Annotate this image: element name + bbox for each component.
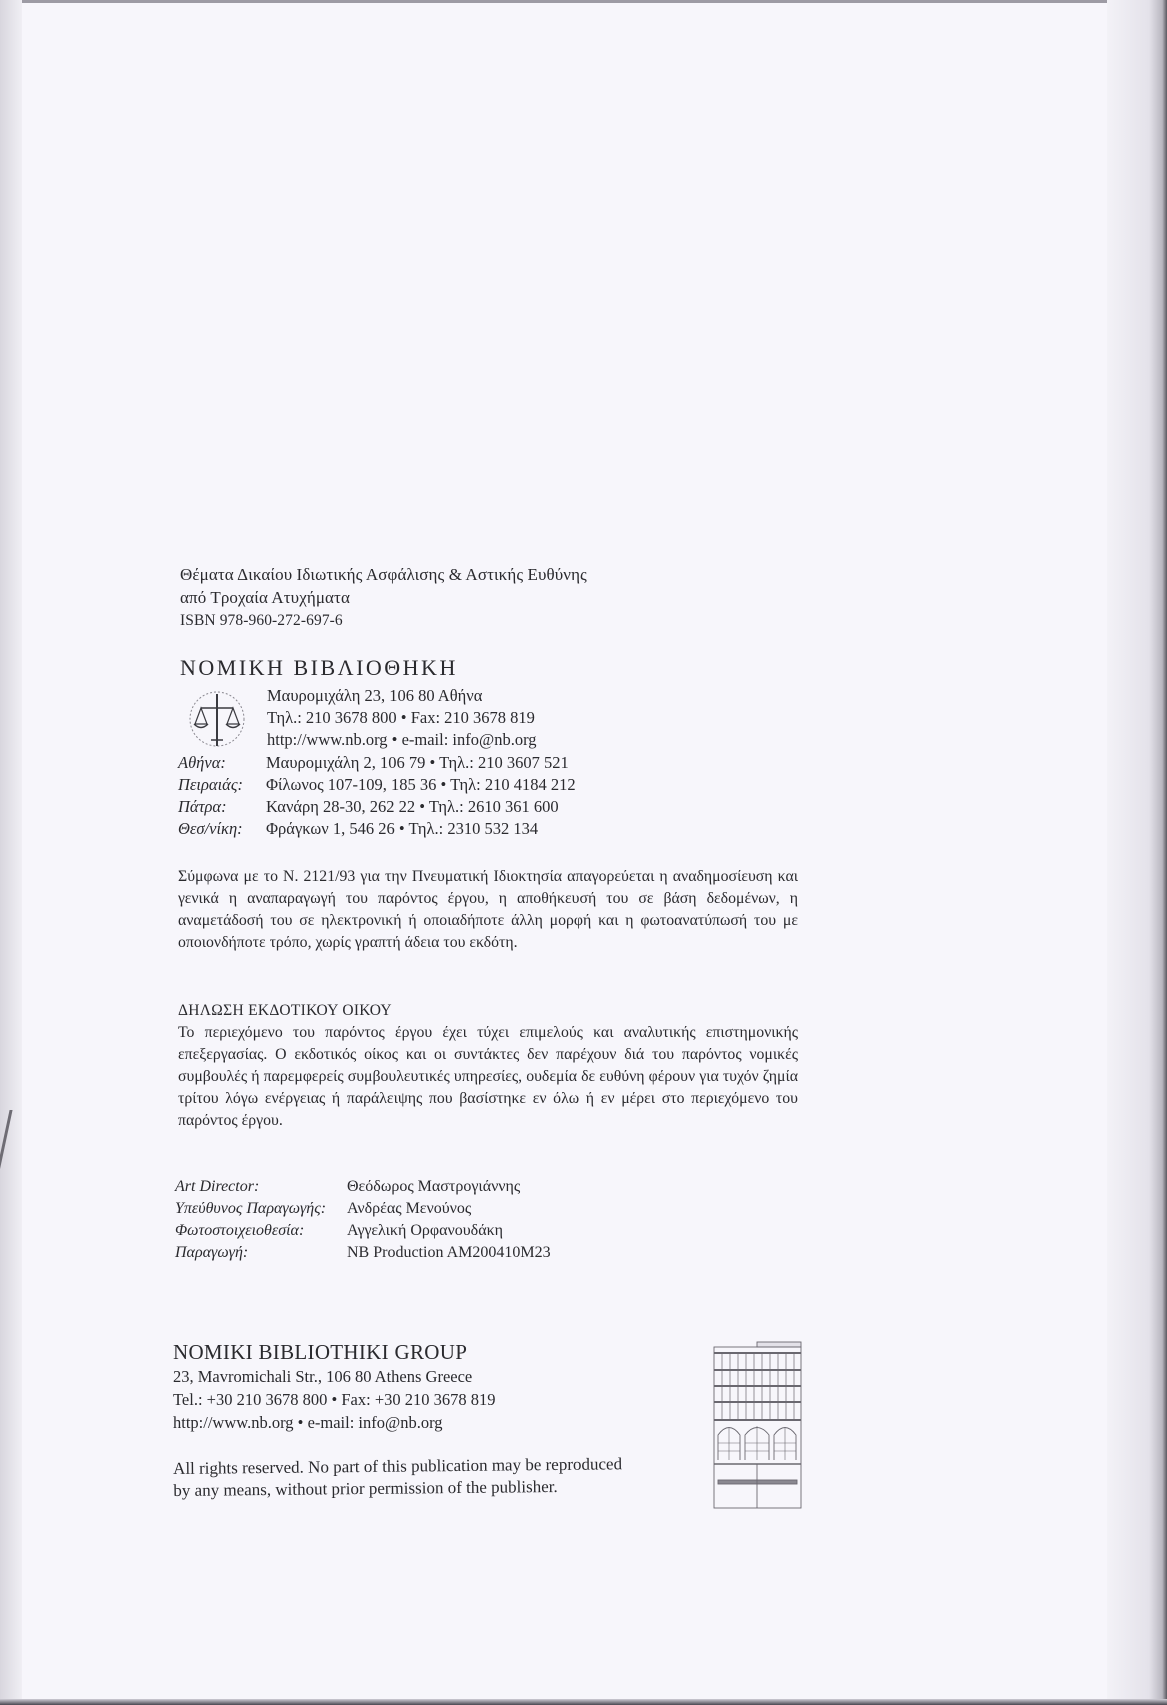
branch-label: Θεσ/νίκη:	[178, 818, 266, 840]
branch-patras: Πάτρα: Κανάρη 28-30, 262 22 • Τηλ.: 2610…	[178, 796, 576, 818]
publisher-web-email[interactable]: http://www.nb.org • e-mail: info@nb.org	[267, 729, 537, 751]
publisher-phone-fax: Τηλ.: 210 3678 800 • Fax: 210 3678 819	[267, 707, 537, 729]
publisher-address: Μαυρομιχάλη 23, 106 80 Αθήνα	[267, 685, 537, 707]
branch-piraeus: Πειραιάς: Φίλωνος 107-109, 185 36 • Τηλ:…	[178, 774, 576, 796]
credit-label: Υπεύθυνος Παραγωγής:	[175, 1198, 347, 1220]
credit-value: Αγγελική Ορφανουδάκη	[347, 1220, 503, 1242]
credit-value: Θεόδωρος Μαστρογιάννης	[347, 1176, 520, 1198]
scan-right-edge	[1107, 0, 1167, 1705]
credit-production-manager: Υπεύθυνος Παραγωγής: Ανδρέας Μενούνος	[175, 1198, 551, 1220]
branch-label: Πειραιάς:	[178, 774, 266, 796]
copyright-notice: Σύμφωνα με το Ν. 2121/93 για την Πνευματ…	[178, 866, 798, 954]
branch-value: Φίλωνος 107-109, 185 36 • Τηλ: 210 4184 …	[266, 774, 576, 796]
publisher-name: ΝΟΜΙΚΗ ΒΙΒΛΙΟΘΗΚΗ	[180, 655, 458, 681]
credits: Art Director: Θεόδωρος Μαστρογιάννης Υπε…	[175, 1176, 551, 1264]
group-web-email[interactable]: http://www.nb.org • e-mail: info@nb.org	[173, 1411, 496, 1434]
scan-left-shadow	[0, 0, 22, 1705]
branch-athens: Αθήνα: Μαυρομιχάλη 2, 106 79 • Τηλ.: 210…	[178, 752, 576, 774]
branch-value: Μαυρομιχάλη 2, 106 79 • Τηλ.: 210 3607 5…	[266, 752, 569, 774]
scan-bottom-edge	[0, 1699, 1167, 1705]
rights-statement: All rights reserved. No part of this pub…	[173, 1453, 622, 1502]
credit-label: Art Director:	[175, 1176, 347, 1198]
branch-label: Αθήνα:	[178, 752, 266, 774]
credit-label: Παραγωγή:	[175, 1242, 347, 1264]
declaration-text: Το περιεχόμενο του παρόντος έργου έχει τ…	[178, 1022, 798, 1132]
credit-label: Φωτοστοιχειοθεσία:	[175, 1220, 347, 1242]
credit-value: NB Production AM200410M23	[347, 1242, 551, 1264]
branch-value: Φράγκων 1, 546 26 • Τηλ.: 2310 532 134	[266, 818, 538, 840]
branch-label: Πάτρα:	[178, 796, 266, 818]
book-title-line2: από Τροχαία Ατυχήματα	[180, 586, 587, 609]
credit-production: Παραγωγή: NB Production AM200410M23	[175, 1242, 551, 1264]
isbn: ISBN 978-960-272-697-6	[180, 609, 587, 632]
book-title-line1: Θέματα Δικαίου Ιδιωτικής Ασφάλισης & Αστ…	[180, 563, 587, 586]
publisher-declaration: ΔΗΛΩΣΗ ΕΚΔΟΤΙΚΟΥ ΟΙΚΟΥ Το περιεχόμενο το…	[178, 1000, 798, 1132]
branch-list: Αθήνα: Μαυρομιχάλη 2, 106 79 • Τηλ.: 210…	[178, 752, 576, 840]
credit-typesetting: Φωτοστοιχειοθεσία: Αγγελική Ορφανουδάκη	[175, 1220, 551, 1242]
branch-value: Κανάρη 28-30, 262 22 • Τηλ.: 2610 361 60…	[266, 796, 559, 818]
rights-line2: by any means, without prior permission o…	[173, 1475, 622, 1502]
group-name: NOMIKI BIBLIOTHIKI GROUP	[173, 1339, 496, 1365]
group-info: NOMIKI BIBLIOTHIKI GROUP 23, Mavromichal…	[173, 1339, 496, 1434]
branch-thessaloniki: Θεσ/νίκη: Φράγκων 1, 546 26 • Τηλ.: 2310…	[178, 818, 576, 840]
group-phone-fax: Tel.: +30 210 3678 800 • Fax: +30 210 36…	[173, 1388, 496, 1411]
declaration-heading: ΔΗΛΩΣΗ ΕΚΔΟΤΙΚΟΥ ΟΙΚΟΥ	[178, 1000, 798, 1022]
scan-top-edge	[0, 0, 1167, 3]
publisher-contact: Μαυρομιχάλη 23, 106 80 Αθήνα Τηλ.: 210 3…	[267, 685, 537, 751]
group-address: 23, Mavromichali Str., 106 80 Athens Gre…	[173, 1365, 496, 1388]
credit-art-director: Art Director: Θεόδωρος Μαστρογιάννης	[175, 1176, 551, 1198]
publisher-building-facade-icon	[712, 1340, 802, 1510]
scales-of-justice-seal-icon	[186, 688, 248, 750]
book-info: Θέματα Δικαίου Ιδιωτικής Ασφάλισης & Αστ…	[180, 563, 587, 632]
credit-value: Ανδρέας Μενούνος	[347, 1198, 471, 1220]
